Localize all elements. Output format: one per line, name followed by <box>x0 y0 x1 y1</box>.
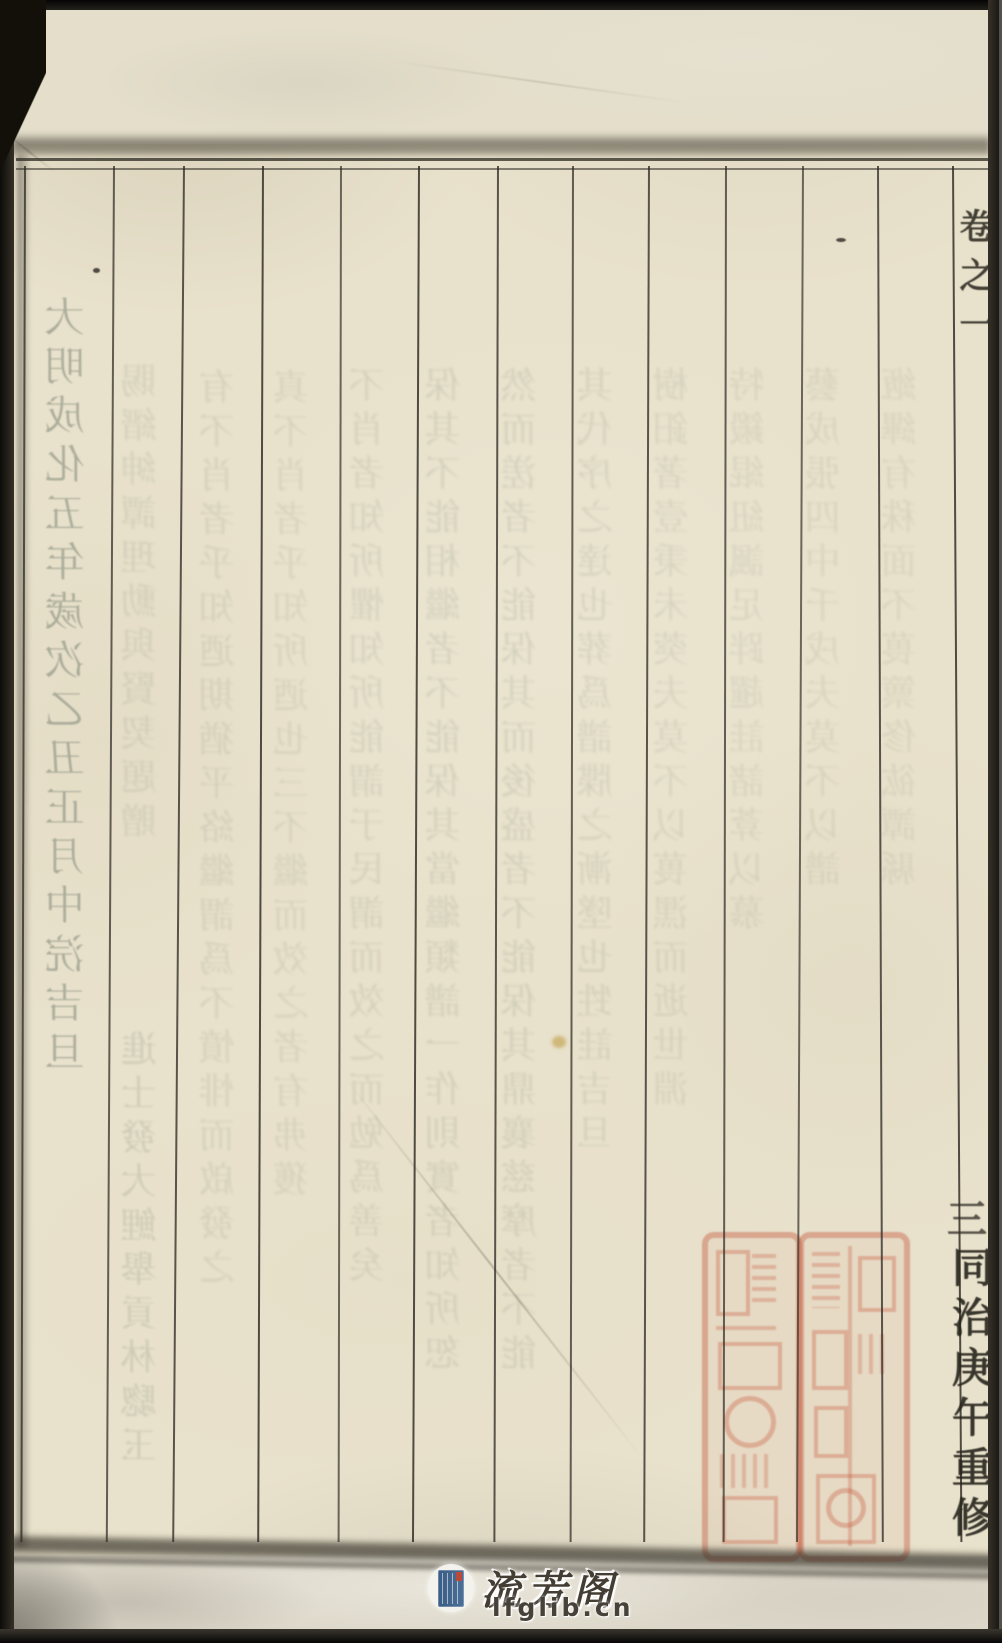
volume-label: 卷之一 <box>956 208 991 672</box>
scanned-genealogy-page: 大明成化五年歲次乙丑正月中浣吉旦賜縉紳譚理勳與賢契題贈進士發大鯉舉貢林騘玉有不肖… <box>0 0 1002 1643</box>
bottom-left-shadow <box>0 1540 120 1643</box>
red-collection-seal-right <box>798 1232 910 1562</box>
frame-top-border <box>16 158 990 170</box>
ghost-text-column: 進士發大鯉舉貢林騘玉 <box>124 1030 160 1470</box>
revision-mark: 三 <box>947 1188 987 1245</box>
ghost-text-column: 特鎩緄紐諷足跘趯詿諸葊以慕 <box>732 366 768 938</box>
red-collection-seal-left <box>702 1232 802 1562</box>
ghost-text-column: 其代序之達也葬爲譜牒之漸墜也甡詿吉旦 <box>580 366 616 1158</box>
ghost-text-column: 賜縉紳譚理勳與賢契題贈 <box>124 362 160 846</box>
watermark-book-seal <box>456 1572 462 1581</box>
frame-top-smudge <box>12 133 990 155</box>
top-edge <box>0 0 1002 10</box>
ghost-text-column: 藝成張四中千戌夫莫不以譜 <box>808 366 844 894</box>
bottom-edge <box>0 1629 1002 1643</box>
ghost-text-column: 真不肖者乎知所迺也三不繼而效之者有弗獲 <box>276 368 312 1204</box>
yellow-stain <box>552 1036 566 1048</box>
right-edge <box>988 0 1002 1643</box>
ghost-text-column: 然而溠者不能保其而後盛者不能保其鼎襄慈摩者不能 <box>504 366 540 1378</box>
frame-left-border <box>17 155 29 1547</box>
ink-speck <box>836 238 846 242</box>
ghost-text-column: 保其不能相繼者不能保其當繼類譜一作則實者知所恕 <box>428 366 464 1378</box>
ink-speck <box>93 268 100 273</box>
ghost-text-column: 有不肖者乎知迺期猶平絡繼謂爲不憤悱而啟發之 <box>202 368 238 1292</box>
top-left-corner-wedge <box>0 0 46 185</box>
left-edge <box>0 0 14 1643</box>
watermark-url: lfglib.cn <box>492 1593 634 1622</box>
ghost-text-column: 緪縪有秼面不葨篻俢谹譚縣 <box>884 366 920 894</box>
ghost-text-column: 不肖者知所懼知所能謂于民謂而效之而勉爲善矣 <box>352 366 388 1290</box>
revision-date-column: 同治庚午重修 <box>948 1246 989 1546</box>
ghost-text-column: 樹鈤著壹秉未葖夫莫不以葨潶而逝世淵 <box>656 366 692 1114</box>
ghost-date-column: 大明成化五年歲次乙丑正月中浣吉旦 <box>48 296 88 1080</box>
